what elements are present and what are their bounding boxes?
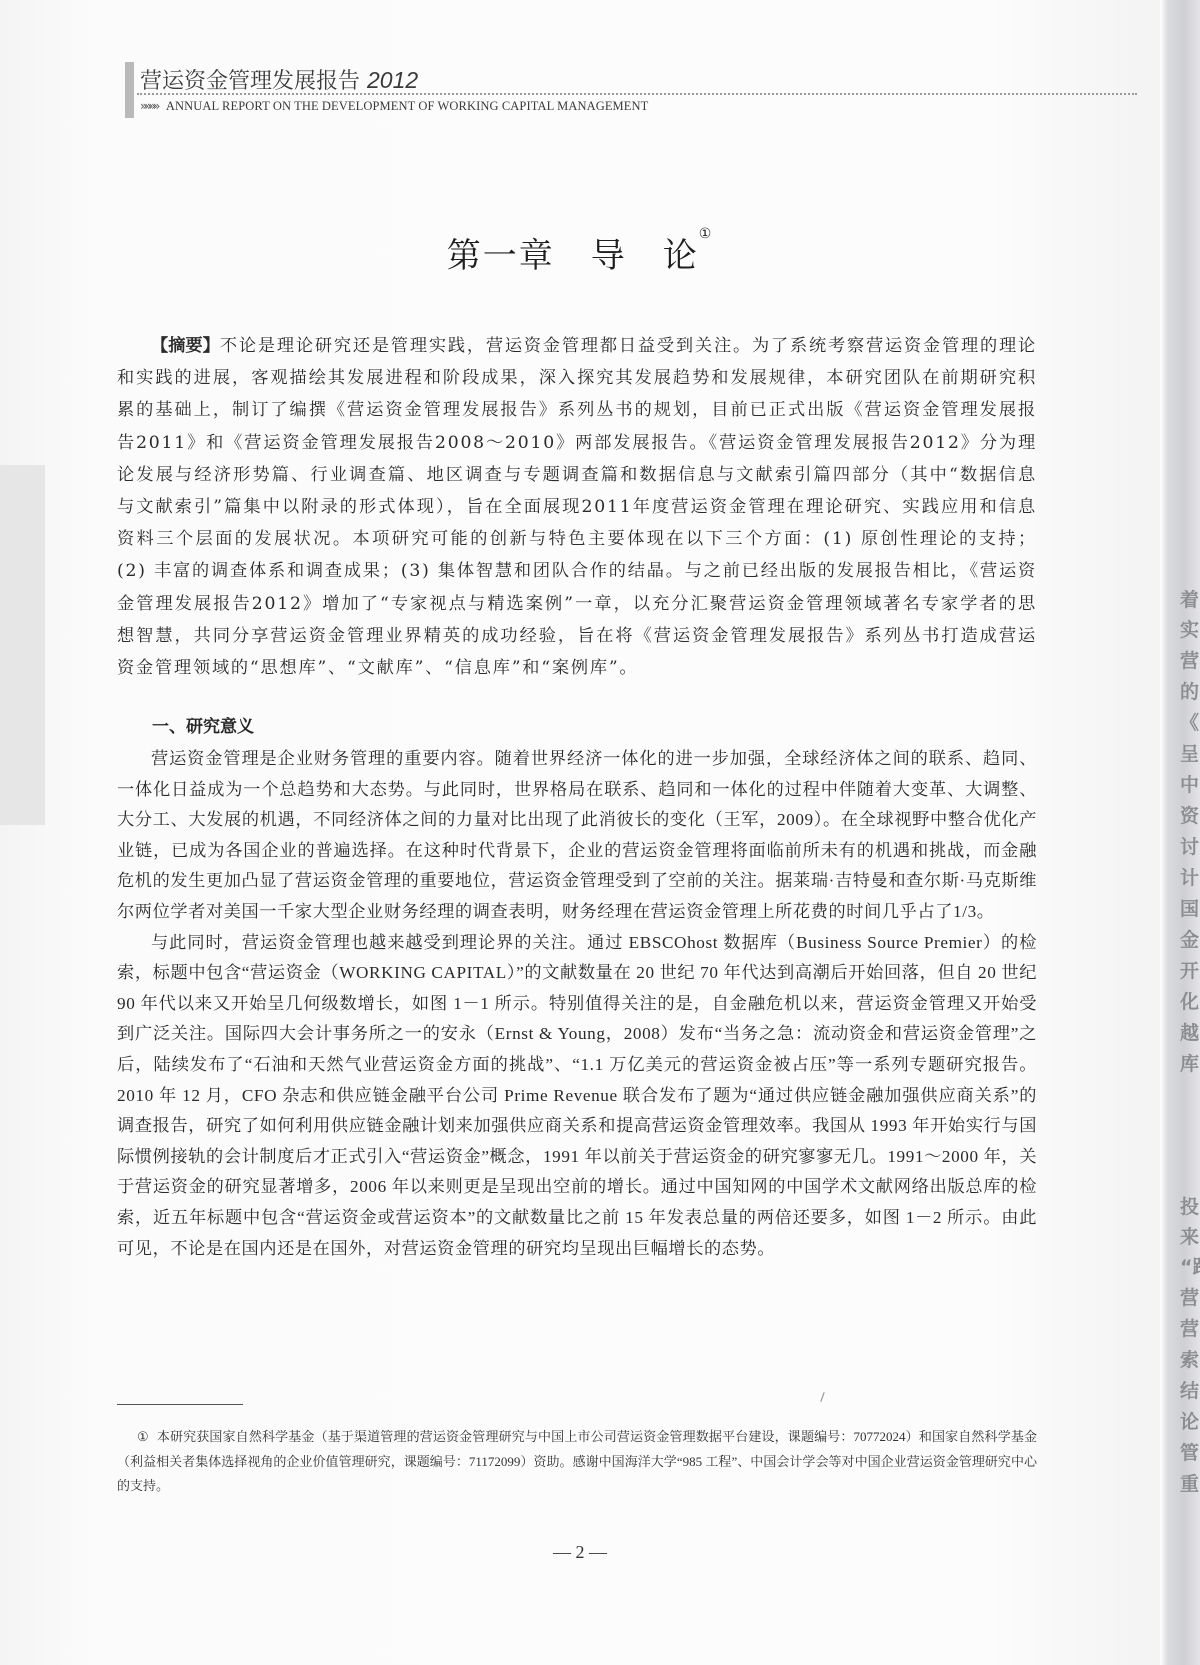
edge-glyph: 营 <box>1180 1289 1200 1308</box>
edge-glyph: 实 <box>1180 621 1200 640</box>
body-paragraph: 营运资金管理是企业财务管理的重要内容。随着世界经济一体化的进一步加强，全球经济体… <box>117 744 1037 928</box>
scan-artifact <box>820 1392 824 1402</box>
edge-glyph: 资 <box>1180 807 1200 826</box>
edge-glyph: 呈 <box>1180 745 1200 764</box>
edge-glyph: 越 <box>1180 1024 1200 1043</box>
edge-glyph: 金 <box>1180 931 1200 950</box>
running-header-subtitle: »»»» ANNUAL REPORT ON THE DEVELOPMENT OF… <box>140 99 648 114</box>
footnote-text: 本研究获国家自然科学基金（基于渠道管理的营运资金管理研究与中国上市公司营运资金管… <box>117 1429 1037 1493</box>
edge-glyph: 投 <box>1180 1198 1200 1217</box>
edge-glyph: 着 <box>1180 591 1200 610</box>
chapter-title: 第一章 导 论① <box>0 228 1160 277</box>
edge-glyph: 管 <box>1180 1444 1200 1463</box>
footnote-reference[interactable]: ① <box>699 226 714 242</box>
section-heading: 一、研究意义 <box>152 712 254 737</box>
abstract-paragraph: 【摘要】不论是理论研究还是管理实践，营运资金管理都日益受到关注。为了系统考察营运… <box>117 330 1037 684</box>
edge-glyph: 中 <box>1180 776 1200 795</box>
abstract-text: 不论是理论研究还是管理实践，营运资金管理都日益受到关注。为了系统考察营运资金管理… <box>117 336 1037 678</box>
scan-shadow-band <box>0 465 45 825</box>
next-page-edge: 着 实 营 的 《 呈 中 资 讨 计 国 金 开 化 越 库 投 来 “跨 营… <box>1160 0 1200 1665</box>
edge-glyph: 库 <box>1180 1055 1200 1074</box>
edge-glyph: “跨 <box>1180 1258 1200 1277</box>
header-title-cn: 营运资金管理发展报告 <box>140 69 360 94</box>
edge-glyph: 重 <box>1180 1475 1200 1494</box>
edge-glyph: 来 <box>1180 1228 1200 1247</box>
abstract-label: 【摘要】 <box>151 336 220 356</box>
header-title-year: 2012 <box>367 67 418 93</box>
chapter-title-text: 第一章 导 论 <box>447 236 699 276</box>
header-accent-bar <box>125 62 134 118</box>
edge-glyph: 计 <box>1180 869 1200 888</box>
edge-glyph: 论 <box>1180 1413 1200 1432</box>
footnote-divider <box>117 1404 243 1405</box>
header-title-en: ANNUAL REPORT ON THE DEVELOPMENT OF WORK… <box>166 99 648 113</box>
edge-glyph: 营 <box>1180 652 1200 671</box>
body-paragraph: 与此同时，营运资金管理也越来越受到理论界的关注。通过 EBSCOhost 数据库… <box>117 928 1037 1265</box>
edge-glyph: 营 <box>1180 1320 1200 1339</box>
edge-glyph: 化 <box>1180 993 1200 1012</box>
edge-glyph: 《 <box>1180 714 1200 733</box>
edge-glyph: 的 <box>1180 683 1200 702</box>
section-body: 营运资金管理是企业财务管理的重要内容。随着世界经济一体化的进一步加强，全球经济体… <box>117 744 1037 1264</box>
header-dotted-rule <box>137 93 1137 95</box>
running-header-title: 营运资金管理发展报告 2012 <box>140 64 418 95</box>
document-page: 营运资金管理发展报告 2012 »»»» ANNUAL REPORT ON TH… <box>0 0 1160 1665</box>
footnote-marker: ① <box>137 1429 149 1444</box>
footnote: ①本研究获国家自然科学基金（基于渠道管理的营运资金管理研究与中国上市公司营运资金… <box>117 1425 1037 1499</box>
edge-glyph: 索 <box>1180 1351 1200 1370</box>
edge-glyph: 开 <box>1180 962 1200 981</box>
chevron-right-icon: »»»» <box>140 99 157 113</box>
edge-glyph: 结 <box>1180 1382 1200 1401</box>
edge-glyph: 国 <box>1180 900 1200 919</box>
edge-glyph: 讨 <box>1180 838 1200 857</box>
page-number: — 2 — <box>0 1542 1160 1563</box>
